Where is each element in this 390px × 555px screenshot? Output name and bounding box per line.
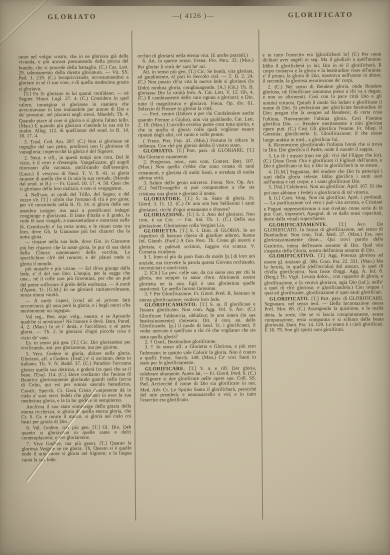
entry-paragraph: Es. in senso più gen. [T.] Cic. Dio glor…	[21, 341, 131, 352]
entry-headword: GLORIETTA.	[144, 229, 180, 234]
page-content: GLORIATO —( 4126 )— GLORIFICATO tanto ne…	[0, 0, 390, 555]
scanned-dictionary-page: GLORIATO —( 4126 )— GLORIFICATO tanto ne…	[0, 0, 390, 555]
dictionary-entry: GLORIETTA. [T.] S. f. Dim. di GLORIA. In…	[139, 228, 255, 255]
dictionary-entry: GLORIFICATO. [T.] Part. pass. di GLORIFI…	[264, 296, 383, 334]
entry-paragraph: 2. Neut. e rifl., in questi tempi non co…	[19, 155, 129, 193]
entry-paragraph: §. [t.] Carit. Vang. Non mi glorificar. …	[264, 196, 383, 223]
entry-paragraph: 2. [Cit.] La pov. colle sue, da cui sien…	[139, 271, 255, 293]
entry-paragraph: Att. in senso più gen. [T.] Cic. Se bont…	[138, 69, 254, 112]
entry-paragraph: 4. [G.M.] Segnatam. del rendere che Dio …	[263, 169, 382, 186]
text-columns: tanto nel volgar vostro, che io ne glori…	[18, 29, 385, 522]
entry-paragraph: 4. Nell'uso, ai modi del Trillo, del Seg…	[20, 192, 130, 241]
entry-paragraph: — Prof. contro (Dittero a per chi Confal…	[138, 112, 254, 139]
column-middle: occhio di gloriarsi nella eterna vita. (…	[131, 29, 263, 520]
dictionary-entry: GLORIFICAMENTO. [T.] S. m. Il glorificar…	[139, 302, 255, 340]
entry-paragraph: [T.] Fu Si gloriano in lui quanti confid…	[19, 92, 129, 141]
entry-paragraph: 7. Vive Godere, ma più gener. [T.] Quant…	[22, 441, 132, 463]
entry-paragraph: §. Riconoscere glorificando l'infinita b…	[263, 143, 382, 155]
dictionary-entry: GLORIAZIONE. [T.] S. f. Atto del gloriar…	[139, 212, 255, 229]
entry-paragraph: 3. Saluto dello genio universo. Frena. N…	[138, 181, 254, 198]
entry-paragraph: tanto nel volgar vostro, che io ne glori…	[18, 55, 128, 93]
entry-paragraph: e in tutto l'esercito era [glorificherà …	[262, 53, 381, 86]
entry-headword: GLORIFICATAMENTE.	[269, 222, 339, 228]
entry-headword: GLORIFICATO.	[269, 297, 311, 302]
entry-headword: GLORIAZIONE.	[144, 213, 187, 218]
entry-paragraph: — rimane nella sua lode, dove Gio. in Gi…	[20, 240, 130, 267]
running-head: GLORIATO —( 4126 )— GLORIFICATO	[18, 11, 381, 22]
dictionary-entry: GLORIATORE. [T.] S. m. Stato di gloria. …	[139, 197, 255, 214]
entry-paragraph: Val seg., Ben. aspr. volg., onesto, e se…	[21, 314, 131, 341]
entry-paragraph: 3. Trasl. Cod. Am. 287. (C.) Non si glor…	[19, 139, 129, 156]
dictionary-entry: GLORIFICATIVO. [T.] Agg. Potenza glorios…	[264, 254, 383, 297]
entry-paragraph: 5. Vent. Godere in gloria, abitare nella…	[21, 351, 131, 405]
entry-headword: GLORIATO.	[143, 149, 177, 154]
column-left: tanto nel volgar vostro, che io ne glori…	[18, 31, 132, 522]
dictionary-entry: GLORIFICATAMENTE. [T.] Avv. Da GLORIFICA…	[264, 222, 383, 255]
entry-paragraph: 3. † In senso aff. a Glorietta e Glorios…	[140, 345, 256, 367]
dictionary-entry: GLORIFICARE. [T.] V. a. e rifl. Dar glor…	[140, 366, 256, 404]
column-right: e in tutto l'esercito era [glorificherà …	[262, 29, 385, 520]
entry-paragraph: 2. (C.) Nel senso di Rendere gloria, ond…	[263, 84, 382, 143]
entry-paragraph: 6. Val. Godere, con più gen. [T.] Gl. Di…	[21, 425, 131, 442]
entry-headword: GLORIFICAMENTO.	[144, 303, 200, 308]
entry-headword: GLORIATORE.	[144, 197, 186, 202]
entry-paragraph: — A motti s'aperi, [con] nè sè privare f…	[20, 298, 130, 315]
running-head-right-headword: GLORIFICATO	[260, 11, 381, 20]
entry-paragraph: più mutarle e più vicine. — Ed ch'en giu…	[20, 266, 130, 299]
entry-headword: GLORIFICATIVO.	[269, 254, 318, 259]
entry-paragraph: 3. Lo fè i mezzo (non sto gli: vivi del …	[263, 153, 382, 170]
entry-headword: GLORIFICARE.	[145, 367, 189, 372]
page-number: —( 4126 )—	[126, 11, 260, 20]
entry-paragraph: 2. Progresso, onor., non com. Contest. R…	[138, 159, 254, 181]
entry-paragraph: § 1. Inno al più da paro fiato da modo […	[139, 255, 255, 272]
running-head-left-headword: GLORIATO	[18, 13, 126, 22]
